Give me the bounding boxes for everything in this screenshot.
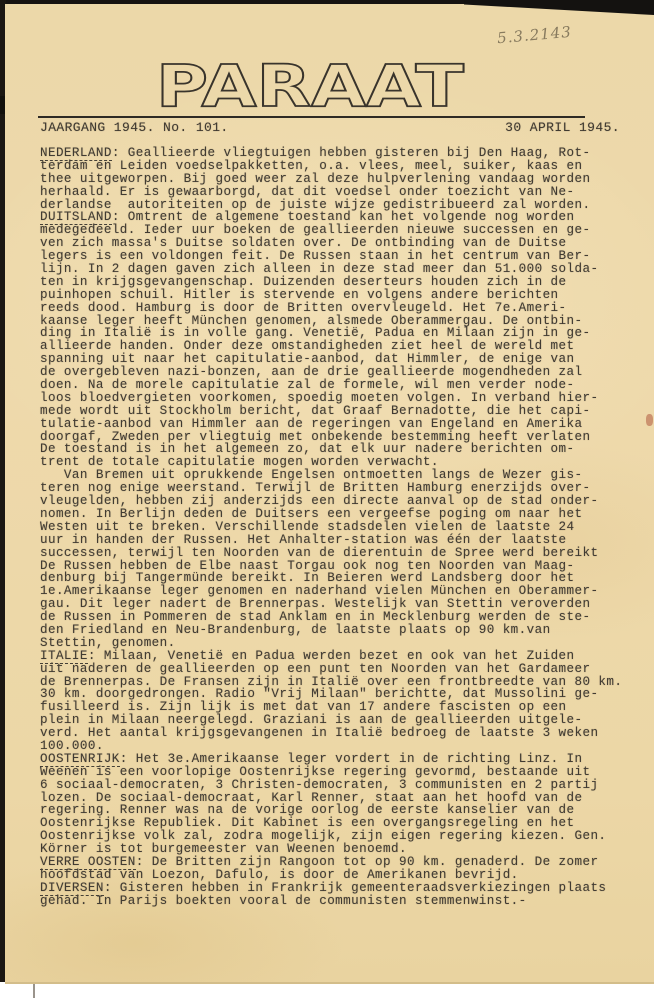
text-line: gehad. In Parijs boekten vooral de commu… (40, 895, 640, 908)
text-line: herhaald. Er is gewaarborgd, dat dit voe… (40, 186, 640, 199)
text-line-content: : Het 3e.Amerikaanse leger vordert in de… (120, 752, 583, 766)
text-line: VERRE OOSTEN: De Britten zijn Rangoon to… (40, 856, 640, 869)
text-line: mede wordt uit Stockholm bericht, dat Gr… (40, 405, 640, 418)
text-line-content: : Milaan, Venetië en Padua werden bezet … (88, 649, 575, 663)
text-line: OOSTENRIJK: Het 3e.Amerikaanse leger vor… (40, 753, 640, 766)
text-line: den Friedland en Neu-Brandenburg, de laa… (40, 624, 640, 637)
text-line: lijn. In 2 dagen gaven zich alleen in de… (40, 263, 640, 276)
issue-date: 30 APRIL 1945. (505, 120, 620, 135)
masthead-title: PARAAT (156, 56, 465, 118)
text-line: 6 sociaal-democraten, 3 Christen-democra… (40, 779, 640, 792)
text-line: tulatie-aanbod van Himmler aan de regeri… (40, 418, 640, 431)
scan-crease-mark (33, 984, 35, 998)
text-line: verd. Het aantal krijgsgevangenen in Ita… (40, 727, 640, 740)
paper-sheet: 5.3.2143 PARAAT JAARGANG 1945. No. 101. … (5, 4, 654, 984)
text-line: loos bloedvergieten voorkomen, spoedig m… (40, 392, 640, 405)
text-line: successen, terwijl ten Noorden van de di… (40, 547, 640, 560)
text-line-content: : Gisteren hebben in Frankrijk gemeenter… (104, 881, 607, 895)
text-line: doen. Na de morele capitulatie zal de fo… (40, 379, 640, 392)
text-line: ITALIE: Milaan, Venetië en Padua werden … (40, 650, 640, 663)
article-body: NEDERLAND: Geallieerde vliegtuigen hebbe… (40, 147, 640, 908)
text-line: uit naderen de geallieerden op een punt … (40, 663, 640, 676)
masthead-logo: PARAAT (150, 56, 470, 118)
issue-volume: JAARGANG 1945. No. 101. (40, 120, 229, 135)
scanned-newspaper-page: { "colors": { "paper": "#ecd8a9", "ink":… (0, 0, 654, 1000)
text-line: NEDERLAND: Geallieerde vliegtuigen hebbe… (40, 147, 640, 160)
text-line: puinhopen schuil. Hitler is stervende en… (40, 289, 640, 302)
text-line: thee uitgeworpen. Bij goed weer zal deze… (40, 173, 640, 186)
text-line-content: : Geallieerde vliegtuigen hebben gistere… (112, 146, 591, 160)
text-line: DIVERSEN: Gisteren hebben in Frankrijk g… (40, 882, 640, 895)
text-line: terdam en Leiden voedselpakketten, o.a. … (40, 160, 640, 173)
text-line: vleugelden, hebben zij anderzijds een di… (40, 495, 640, 508)
issue-line: JAARGANG 1945. No. 101. 30 APRIL 1945. (40, 120, 620, 135)
handwritten-archive-number: 5.3.2143 (497, 23, 573, 47)
text-line: Weenen is een voorlopige Oostenrijkse re… (40, 766, 640, 779)
text-line: uur in handen der Russen. Het Anhalter-s… (40, 534, 640, 547)
text-line-content: : De Britten zijn Rangoon tot op 90 km. … (136, 855, 599, 869)
masthead-rule (38, 116, 585, 118)
text-line: ten in krijgsgevangenschap. Duizenden de… (40, 276, 640, 289)
text-line: Westen uit te breken. Verschillende stad… (40, 521, 640, 534)
text-line: nomen. In Berlijn deden de Duitsers een … (40, 508, 640, 521)
text-line: reeds dood. Hamburg is door de Britten o… (40, 302, 640, 315)
scan-stain-mark (646, 414, 653, 426)
